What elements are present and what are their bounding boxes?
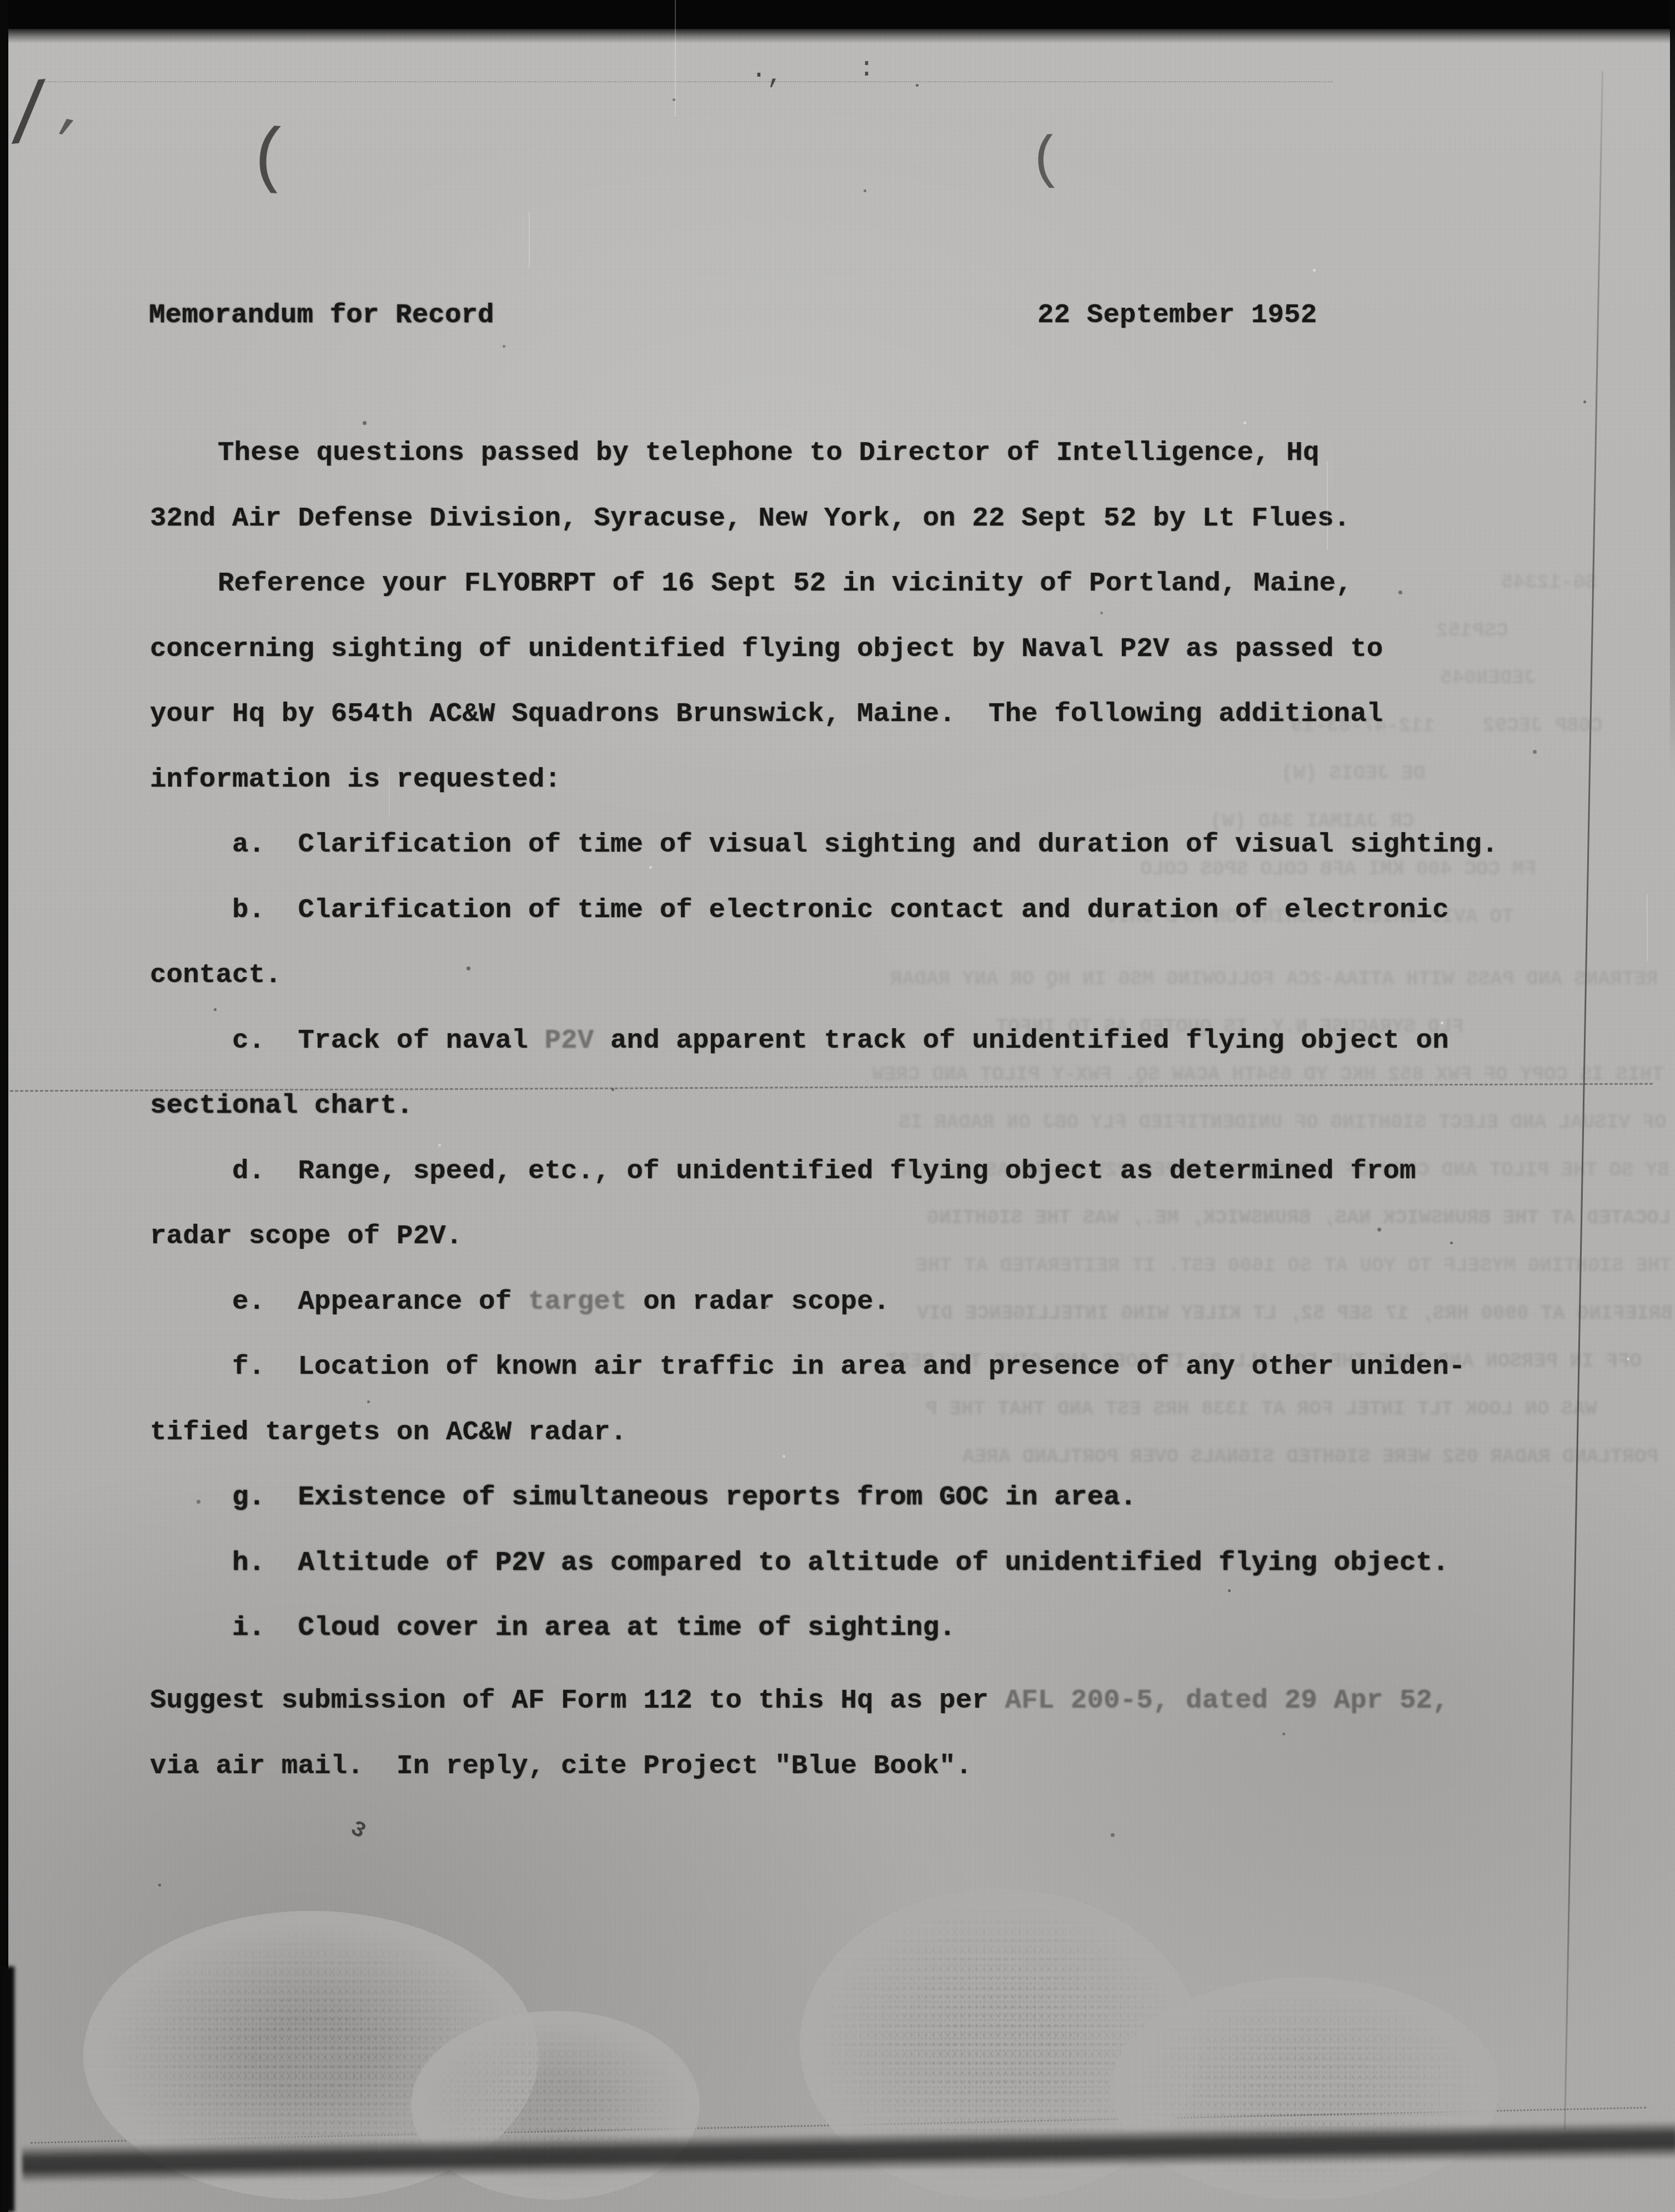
memo-line-item-a: a. Clarification of time of visual sight… [232, 829, 1498, 859]
scan-edge-top [0, 0, 1675, 29]
scanned-memo-page: SG-12345 CSP152 JEDEN045 CGBP JEC92 112-… [0, 0, 1675, 2212]
memo-line-text: h. Altitude of P2V as compared to altitu… [232, 1547, 1449, 1578]
memo-line-item-b: b. Clarification of time of electronic c… [232, 895, 1449, 925]
typed-text-layer: Memorandum for Record 22 September 1952 … [0, 0, 1675, 2212]
memo-line: Reference your FLYOBRPT of 16 Sept 52 in… [218, 568, 1352, 598]
scratch-artifact [1647, 894, 1648, 961]
scan-edge-top-fringe [0, 29, 1675, 43]
memo-line-text: These questions passed by telephone to D… [218, 437, 1320, 468]
scratch-artifact [389, 767, 390, 817]
memo-line: information is requested: [150, 764, 561, 794]
crease-line-top [44, 81, 1333, 82]
memo-line-text: e. Appearance of [232, 1286, 528, 1317]
memo-line-text: information is requested: [150, 764, 561, 795]
memo-line: contact. [150, 960, 282, 990]
memo-line-text: and apparent track of unidentified flyin… [610, 1025, 1449, 1056]
memo-line-faded-text: P2V [545, 1025, 610, 1056]
memo-line: your Hq by 654th AC&W Squadrons Brunswic… [150, 699, 1383, 729]
memo-line-text: on radar scope. [643, 1286, 890, 1317]
memo-line-text: b. Clarification of time of electronic c… [232, 894, 1449, 925]
memo-line: via air mail. In reply, cite Project "Bl… [150, 1751, 972, 1781]
scan-noise-fade [1111, 1978, 1500, 2200]
memo-line: 32nd Air Defense Division, Syracuse, New… [150, 503, 1350, 533]
memo-line-text: Reference your FLYOBRPT of 16 Sept 52 in… [218, 568, 1352, 599]
memo-line-text: f. Location of known air traffic in area… [232, 1351, 1465, 1382]
memo-title: Memorandum for Record [149, 300, 494, 330]
memo-line-text: radar scope of P2V. [150, 1220, 463, 1252]
memo-line-text: Suggest submission of AF Form 112 to thi… [150, 1685, 1005, 1716]
memo-line-text: 32nd Air Defense Division, Syracuse, New… [150, 503, 1350, 534]
memo-line-item-c: c. Track of naval P2V and apparent track… [232, 1025, 1449, 1055]
memo-line-text: sectional chart. [150, 1090, 413, 1121]
memo-line-text: concerning sighting of unidentified flyi… [150, 633, 1383, 664]
ink-artifact: ( [246, 122, 293, 197]
memo-line: These questions passed by telephone to D… [218, 438, 1320, 468]
memo-line-text: contact. [150, 959, 282, 990]
memo-line: tified targets on AC&W radar. [150, 1417, 627, 1447]
memo-line-item-f: f. Location of known air traffic in area… [232, 1352, 1465, 1382]
memo-line-text: your Hq by 654th AC&W Squadrons Brunswic… [150, 698, 1383, 729]
scratch-artifact [675, 0, 676, 117]
scratch-artifact [529, 212, 530, 268]
ink-artifact: ( [1027, 132, 1064, 191]
memo-line-text: tified targets on AC&W radar. [150, 1417, 627, 1448]
memo-line-text: c. Track of naval [232, 1025, 545, 1056]
memo-line-item-g: g. Existence of simultaneous reports fro… [232, 1482, 1136, 1512]
memo-line-text: i. Cloud cover in area at time of sighti… [232, 1612, 956, 1643]
dust-specks-white [0, 0, 2, 2]
memo-line: radar scope of P2V. [150, 1221, 463, 1251]
memo-line-item-d: d. Range, speed, etc., of unidentified f… [232, 1156, 1416, 1186]
memo-line-faded-text: AFL 200-5, dated 29 Apr 52, [1005, 1685, 1448, 1716]
memo-line: Suggest submission of AF Form 112 to thi… [150, 1685, 1449, 1715]
scan-edge-left [0, 0, 8, 2212]
ink-artifact: ·, [751, 62, 783, 89]
memo-line-item-i: i. Cloud cover in area at time of sighti… [232, 1613, 956, 1643]
scratch-artifact [1327, 461, 1328, 550]
memo-line-item-h: h. Altitude of P2V as compared to altitu… [232, 1548, 1449, 1578]
memo-line-faded-text: target [528, 1286, 643, 1317]
scan-edge-right [1670, 0, 1675, 778]
ink-artifact: : [859, 56, 875, 82]
memo-line-text: d. Range, speed, etc., of unidentified f… [232, 1155, 1416, 1187]
memo-line-item-e: e. Appearance of target on radar scope. [232, 1287, 890, 1317]
memo-date: 22 September 1952 [1037, 300, 1317, 330]
memo-line-text: a. Clarification of time of visual sight… [232, 829, 1498, 860]
memo-line: sectional chart. [150, 1090, 413, 1120]
scan-edge-left-lower [0, 1966, 14, 2212]
memo-line: concerning sighting of unidentified flyi… [150, 634, 1383, 664]
memo-line-text: g. Existence of simultaneous reports fro… [232, 1482, 1136, 1513]
memo-line-text: via air mail. In reply, cite Project "Bl… [150, 1750, 972, 1781]
